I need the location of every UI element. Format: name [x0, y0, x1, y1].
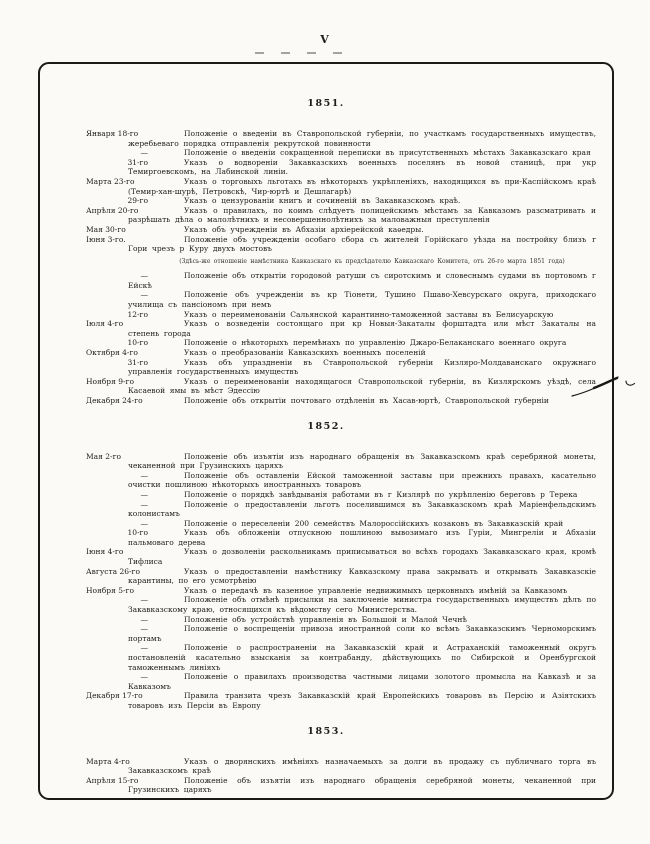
entry-date: 10-го — [86, 338, 152, 348]
entry-list: Января 18-го Положеніе о введеніи въ Ста… — [40, 129, 612, 406]
entry-date: — — [86, 595, 152, 605]
decree-entry: 10-го Положеніе о нѣкоторыхъ перемѣнахъ … — [40, 338, 612, 348]
entry-text: Положеніе объ изъятіи изъ народнаго обра… — [128, 776, 596, 795]
year-section: 1851. Января 18-го Положеніе о введеніи … — [40, 98, 612, 406]
entry-date: — — [86, 672, 152, 682]
entry-date: Октября 4-го — [86, 348, 152, 358]
decree-entry: 31-го Указъ о водвореніи Закавказскихъ в… — [40, 158, 612, 177]
decree-entry: Апрѣля 15-го Положеніе объ изъятіи изъ н… — [40, 776, 612, 800]
entry-date: — — [86, 490, 152, 500]
page-frame: 1851. Января 18-го Положеніе о введеніи … — [38, 62, 614, 800]
entry-text: Положеніе объ открытіи почтоваго отдѣлен… — [128, 396, 596, 406]
entry-text: Указъ о торговыхъ льготахъ въ нѣкоторыхъ… — [128, 177, 596, 196]
entry-date: — — [86, 290, 152, 300]
entry-text: Положеніе о правилахъ производства частн… — [128, 672, 596, 691]
entry-date: — — [86, 624, 152, 634]
decree-entry: — Положеніе о правилахъ производства час… — [40, 672, 612, 691]
year-heading: 1852. — [40, 421, 612, 432]
entry-text: Положеніе объ устройствѣ управленія въ Б… — [128, 615, 596, 625]
entry-date: Января 18-го — [86, 129, 152, 139]
decree-entry: 29-го Указъ о цензурованіи книгъ и сочин… — [40, 196, 612, 206]
decree-entry: — Положеніе о порядкѣ завѣдыванія работа… — [40, 490, 612, 500]
entry-text: Положеніе объ отмѣнѣ присылки на заключе… — [128, 595, 596, 614]
entry-date: — — [86, 271, 152, 281]
decree-entry: Декабря 17-го Правила транзита чрезъ Зак… — [40, 691, 612, 710]
entry-date: — — [86, 471, 152, 481]
decree-entry: Іюня 4-го Указъ о дозволеніи раскольника… — [40, 547, 612, 566]
decree-entry: — Положеніе объ устройствѣ управленія въ… — [40, 615, 612, 625]
entry-text: Положеніе о введеніи сокращенной перепис… — [128, 148, 596, 158]
entry-text: Положеніе объ учрежденіи особаго сбора с… — [128, 235, 596, 254]
decree-entry: Іюня 3-го. Положеніе объ учрежденіи особ… — [40, 235, 612, 266]
entry-date: — — [86, 500, 152, 510]
entry-text: Положеніе объ открытіи городовой ратуши … — [128, 271, 596, 290]
entry-date: Ноября 5-го — [86, 586, 152, 596]
entry-date: Марта 4-го — [86, 757, 152, 767]
entry-date: 10-го — [86, 528, 152, 538]
decree-entry: — Положеніе объ оставленіи Ейской таможе… — [40, 471, 612, 490]
entry-text: Указъ о преобразованіи Кавказскихъ военн… — [128, 348, 596, 358]
decree-entry: 12-го Указъ о переименованіи Сальянской … — [40, 310, 612, 320]
entry-text: Положеніе о нѣкоторыхъ перемѣнахъ по упр… — [128, 338, 596, 348]
entry-text: Указъ о водвореніи Закавказскихъ военных… — [128, 158, 596, 177]
entry-date: Августа 26-го — [86, 567, 152, 577]
decree-entry: — Положеніе о переселеніи 200 семействъ … — [40, 519, 612, 529]
year-heading: 1851. — [40, 98, 612, 109]
decree-entry: — Положеніе о введеніи сокращенной переп… — [40, 148, 612, 158]
year-heading: 1853. — [40, 726, 612, 737]
entry-date: Ноября 9-го — [86, 377, 152, 387]
entry-note: (Здѣсь-же, выписка изъ записки управляющ… — [158, 799, 586, 800]
entry-text: Указъ о предоставленіи намѣстнику Кавказ… — [128, 567, 596, 586]
entry-text: Указъ о передачѣ въ казенное управленіе … — [128, 586, 596, 596]
entry-text: Указъ о цензурованіи книгъ и сочиненій в… — [128, 196, 596, 206]
entry-text: Указъ объ упраздненіи въ Ставропольской … — [128, 358, 596, 377]
entry-date: — — [86, 643, 152, 653]
entry-text: Указъ о переименованіи Сальянской карант… — [128, 310, 596, 320]
decree-entry: — Положеніе о распространеніи на Закавка… — [40, 643, 612, 672]
decree-entry: — Положеніе объ отмѣнѣ присылки на заклю… — [40, 595, 612, 614]
decree-entry: Апрѣля 20-го Указъ о правилахъ, по коимъ… — [40, 206, 612, 225]
entry-date: Декабря 24-го — [86, 396, 152, 406]
entry-date: Іюня 4-го — [86, 547, 152, 557]
entry-text: Указъ о правилахъ, по коимъ слѣдуетъ пол… — [128, 206, 596, 225]
entry-text: Указъ о возведеніи состоящаго при кр Нов… — [128, 319, 596, 338]
decree-entry: 10-го Указъ объ обложеніи отпускною пошл… — [40, 528, 612, 547]
entry-date: 31-го — [86, 358, 152, 368]
entry-date: Іюня 3-го. — [86, 235, 152, 245]
year-section: 1852. Мая 2-го Положеніе объ изъятіи изъ… — [40, 421, 612, 711]
entry-date: 12-го — [86, 310, 152, 320]
decree-entry: Октября 4-го Указъ о преобразованіи Кавк… — [40, 348, 612, 358]
page-number-underline — [255, 52, 359, 54]
entry-text: Положеніе о распространеніи на Закавказс… — [128, 643, 596, 672]
decree-entry: Августа 26-го Указъ о предоставленіи нам… — [40, 567, 612, 586]
entry-text: Указъ о дозволеніи раскольникамъ приписы… — [128, 547, 596, 566]
entry-text: Положеніе о введеніи въ Ставропольской г… — [128, 129, 596, 148]
page-number: V — [0, 33, 650, 46]
entry-text: Положеніе о воспрещеніи привоза иностран… — [128, 624, 596, 643]
decree-entry: Ноября 9-го Указъ о переименованіи наход… — [40, 377, 612, 396]
entry-text: Указъ о переименованіи находящагося Став… — [128, 377, 596, 396]
entry-text: Положеніе объ учрежденіи въ кр Тіонети, … — [128, 290, 596, 309]
entry-date: Іюля 4-го — [86, 319, 152, 329]
entry-date: Апрѣля 15-го — [86, 776, 152, 786]
entry-text: Положеніе объ оставленіи Ейской таможенн… — [128, 471, 596, 490]
entry-note: (Здѣсь-же отношеніе намѣстника Кавказска… — [158, 258, 586, 266]
sections: 1851. Января 18-го Положеніе о введеніи … — [40, 98, 612, 800]
entry-text: Указъ объ учрежденіи въ Абхазіи архіерей… — [128, 225, 596, 235]
entry-date: Марта 23-го — [86, 177, 152, 187]
decree-entry: — Положеніе объ учрежденіи въ кр Тіонети… — [40, 290, 612, 309]
decree-entry: Марта 23-го Указъ о торговыхъ льготахъ в… — [40, 177, 612, 196]
decree-entry: — Положеніе объ открытіи городовой ратуш… — [40, 271, 612, 290]
entry-date: — — [86, 615, 152, 625]
decree-entry: Марта 4-го Указъ о дворянскихъ имѣніяхъ … — [40, 757, 612, 776]
entry-date: 29-го — [86, 196, 152, 206]
entry-text: Правила транзита чрезъ Закавказскій край… — [128, 691, 596, 710]
entry-date: — — [86, 519, 152, 529]
decree-entry: Ноября 5-го Указъ о передачѣ въ казенное… — [40, 586, 612, 596]
entry-date: Мая 2-го — [86, 452, 152, 462]
decree-entry: — Положеніе о воспрещеніи привоза иностр… — [40, 624, 612, 643]
decree-entry: Мая 30-го Указъ объ учрежденіи въ Абхазі… — [40, 225, 612, 235]
entry-date: Декабря 17-го — [86, 691, 152, 701]
decree-entry: Мая 2-го Положеніе объ изъятіи изъ народ… — [40, 452, 612, 471]
entry-text: Указъ о дворянскихъ имѣніяхъ назначаемых… — [128, 757, 596, 776]
entry-text: Положеніе о переселеніи 200 семействъ Ма… — [128, 519, 596, 529]
entry-text: Положеніе о порядкѣ завѣдыванія работами… — [128, 490, 596, 500]
decree-entry: Января 18-го Положеніе о введеніи въ Ста… — [40, 129, 612, 148]
year-section: 1853. Марта 4-го Указъ о дворянскихъ имѣ… — [40, 726, 612, 800]
entry-list: Мая 2-го Положеніе объ изъятіи изъ народ… — [40, 452, 612, 711]
entry-text: Положеніе объ изъятіи изъ народнаго обра… — [128, 452, 596, 471]
entry-text: Указъ объ обложеніи отпускною пошлиною в… — [128, 528, 596, 547]
entry-list: Марта 4-го Указъ о дворянскихъ имѣніяхъ … — [40, 757, 612, 800]
decree-entry: Декабря 24-го Положеніе объ открытіи поч… — [40, 396, 612, 406]
entry-text: Положеніе о предоставленіи льготъ посели… — [128, 500, 596, 519]
entry-date: 31-го — [86, 158, 152, 168]
decree-entry: — Положеніе о предоставленіи льготъ посе… — [40, 500, 612, 519]
entry-date: Мая 30-го — [86, 225, 152, 235]
decree-entry: Іюля 4-го Указъ о возведеніи состоящаго … — [40, 319, 612, 338]
entry-date: — — [86, 148, 152, 158]
entry-date: Апрѣля 20-го — [86, 206, 152, 216]
decree-entry: 31-го Указъ объ упраздненіи въ Ставропол… — [40, 358, 612, 377]
